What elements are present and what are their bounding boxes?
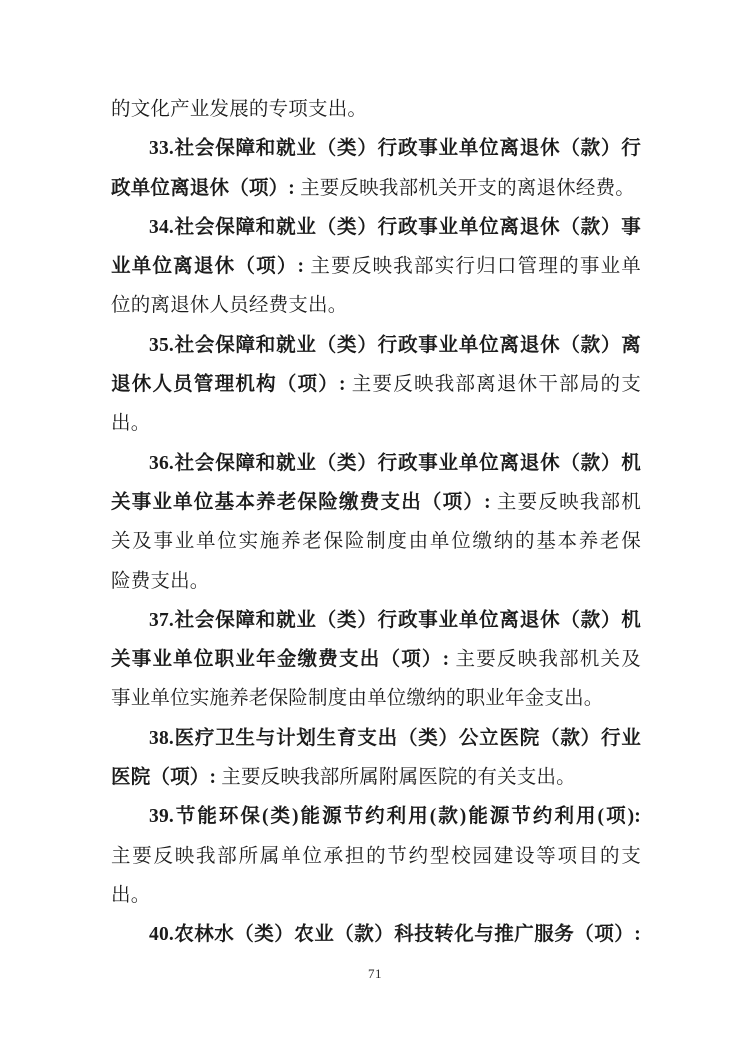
item-37: 37.社会保障和就业（类）行政事业单位离退休（款）机关事业单位职业年金缴费支出（… xyxy=(111,601,641,719)
item-description-segment: 主要反映我部机关开支的离退休经费。 xyxy=(295,178,635,199)
item-heading-segment: 34.社会保障和就业（类）行政事业单位离退休（款）事 xyxy=(149,217,641,238)
text-line: 关事业单位基本养老保险缴费支出（项）: 主要反映我部机 xyxy=(111,483,641,522)
text-line: 出。 xyxy=(111,876,641,915)
text-line: 关事业单位职业年金缴费支出（项）: 主要反映我部机关及 xyxy=(111,640,641,679)
item-description-segment: 主要反映我部离退休干部局的支 xyxy=(346,374,641,395)
text-line: 事业单位实施养老保险制度由单位缴纳的职业年金支出。 xyxy=(111,679,641,718)
text-line: 政单位离退休（项）: 主要反映我部机关开支的离退休经费。 xyxy=(111,169,641,208)
text-line: 关及事业单位实施养老保险制度由单位缴纳的基本养老保 xyxy=(111,522,641,561)
item-heading-segment: 关事业单位职业年金缴费支出（项）: xyxy=(111,649,449,670)
item-heading-segment: 40.农林水（类）农业（款）科技转化与推广服务（项）: xyxy=(149,924,641,945)
item-38: 38.医疗卫生与计划生育支出（类）公立医院（款）行业医院（项）: 主要反映我部所… xyxy=(111,719,641,798)
text-line: 37.社会保障和就业（类）行政事业单位离退休（款）机 xyxy=(111,601,641,640)
document-page: 的文化产业发展的专项支出。33.社会保障和就业（类）行政事业单位离退休（款）行政… xyxy=(0,0,750,1060)
item-heading-segment: 33.社会保障和就业（类）行政事业单位离退休（款）行 xyxy=(149,138,641,159)
text-line: 34.社会保障和就业（类）行政事业单位离退休（款）事 xyxy=(111,208,641,247)
item-heading-segment: 业单位离退休（项）: xyxy=(111,256,304,277)
item-description-segment: 主要反映我部实行归口管理的事业单 xyxy=(304,256,641,277)
item-40: 40.农林水（类）农业（款）科技转化与推广服务（项）: xyxy=(111,915,641,954)
text-line: 退休人员管理机构（项）: 主要反映我部离退休干部局的支 xyxy=(111,365,641,404)
item-35: 35.社会保障和就业（类）行政事业单位离退休（款）离退休人员管理机构（项）: 主… xyxy=(111,326,641,444)
item-description-segment: 的文化产业发展的专项支出。 xyxy=(111,99,367,120)
text-line: 业单位离退休（项）: 主要反映我部实行归口管理的事业单 xyxy=(111,247,641,286)
text-line: 36.社会保障和就业（类）行政事业单位离退休（款）机 xyxy=(111,444,641,483)
item-heading-segment: 39.节能环保(类)能源节约利用(款)能源节约利用(项): xyxy=(149,806,641,827)
item-description-segment: 事业单位实施养老保险制度由单位缴纳的职业年金支出。 xyxy=(111,688,604,709)
item-33: 33.社会保障和就业（类）行政事业单位离退休（款）行政单位离退休（项）: 主要反… xyxy=(111,129,641,208)
text-line: 39.节能环保(类)能源节约利用(款)能源节约利用(项): xyxy=(111,797,641,836)
item-39: 39.节能环保(类)能源节约利用(款)能源节约利用(项):主要反映我部所属单位承… xyxy=(111,797,641,915)
item-description-segment: 主要反映我部所属附属医院的有关支出。 xyxy=(216,767,576,788)
item-description-segment: 位的离退休人员经费支出。 xyxy=(111,295,347,316)
item-heading-segment: 关事业单位基本养老保险缴费支出（项）: xyxy=(111,492,491,513)
item-heading-segment: 医院（项）: xyxy=(111,767,216,788)
item-heading-segment: 38.医疗卫生与计划生育支出（类）公立医院（款）行业 xyxy=(149,728,641,749)
item-description-segment: 主要反映我部机 xyxy=(491,492,641,513)
item-heading-segment: 退休人员管理机构（项）: xyxy=(111,374,346,395)
text-line: 40.农林水（类）农业（款）科技转化与推广服务（项）: xyxy=(111,915,641,954)
item-description-segment: 出。 xyxy=(111,413,150,434)
text-line: 主要反映我部所属单位承担的节约型校园建设等项目的支 xyxy=(111,837,641,876)
item-description-segment: 险费支出。 xyxy=(111,571,210,592)
text-line: 险费支出。 xyxy=(111,562,641,601)
text-line: 35.社会保障和就业（类）行政事业单位离退休（款）离 xyxy=(111,326,641,365)
item-description-segment: 主要反映我部所属单位承担的节约型校园建设等项目的支 xyxy=(111,846,641,867)
text-line: 出。 xyxy=(111,404,641,443)
item-heading-segment: 35.社会保障和就业（类）行政事业单位离退休（款）离 xyxy=(149,335,641,356)
text-line: 位的离退休人员经费支出。 xyxy=(111,286,641,325)
page-number: 71 xyxy=(0,966,750,982)
text-line: 33.社会保障和就业（类）行政事业单位离退休（款）行 xyxy=(111,129,641,168)
item-heading-segment: 37.社会保障和就业（类）行政事业单位离退休（款）机 xyxy=(149,610,641,631)
item-34: 34.社会保障和就业（类）行政事业单位离退休（款）事业单位离退休（项）: 主要反… xyxy=(111,208,641,326)
paragraph-continuation: 的文化产业发展的专项支出。 xyxy=(111,90,641,129)
item-heading-segment: 36.社会保障和就业（类）行政事业单位离退休（款）机 xyxy=(149,453,641,474)
document-text-block: 的文化产业发展的专项支出。33.社会保障和就业（类）行政事业单位离退休（款）行政… xyxy=(111,90,641,955)
text-line: 的文化产业发展的专项支出。 xyxy=(111,90,641,129)
text-line: 医院（项）: 主要反映我部所属附属医院的有关支出。 xyxy=(111,758,641,797)
item-description-segment: 出。 xyxy=(111,885,150,906)
item-description-segment: 关及事业单位实施养老保险制度由单位缴纳的基本养老保 xyxy=(111,531,641,552)
item-heading-segment: 政单位离退休（项）: xyxy=(111,178,295,199)
item-description-segment: 主要反映我部机关及 xyxy=(449,649,641,670)
item-36: 36.社会保障和就业（类）行政事业单位离退休（款）机关事业单位基本养老保险缴费支… xyxy=(111,444,641,601)
text-line: 38.医疗卫生与计划生育支出（类）公立医院（款）行业 xyxy=(111,719,641,758)
